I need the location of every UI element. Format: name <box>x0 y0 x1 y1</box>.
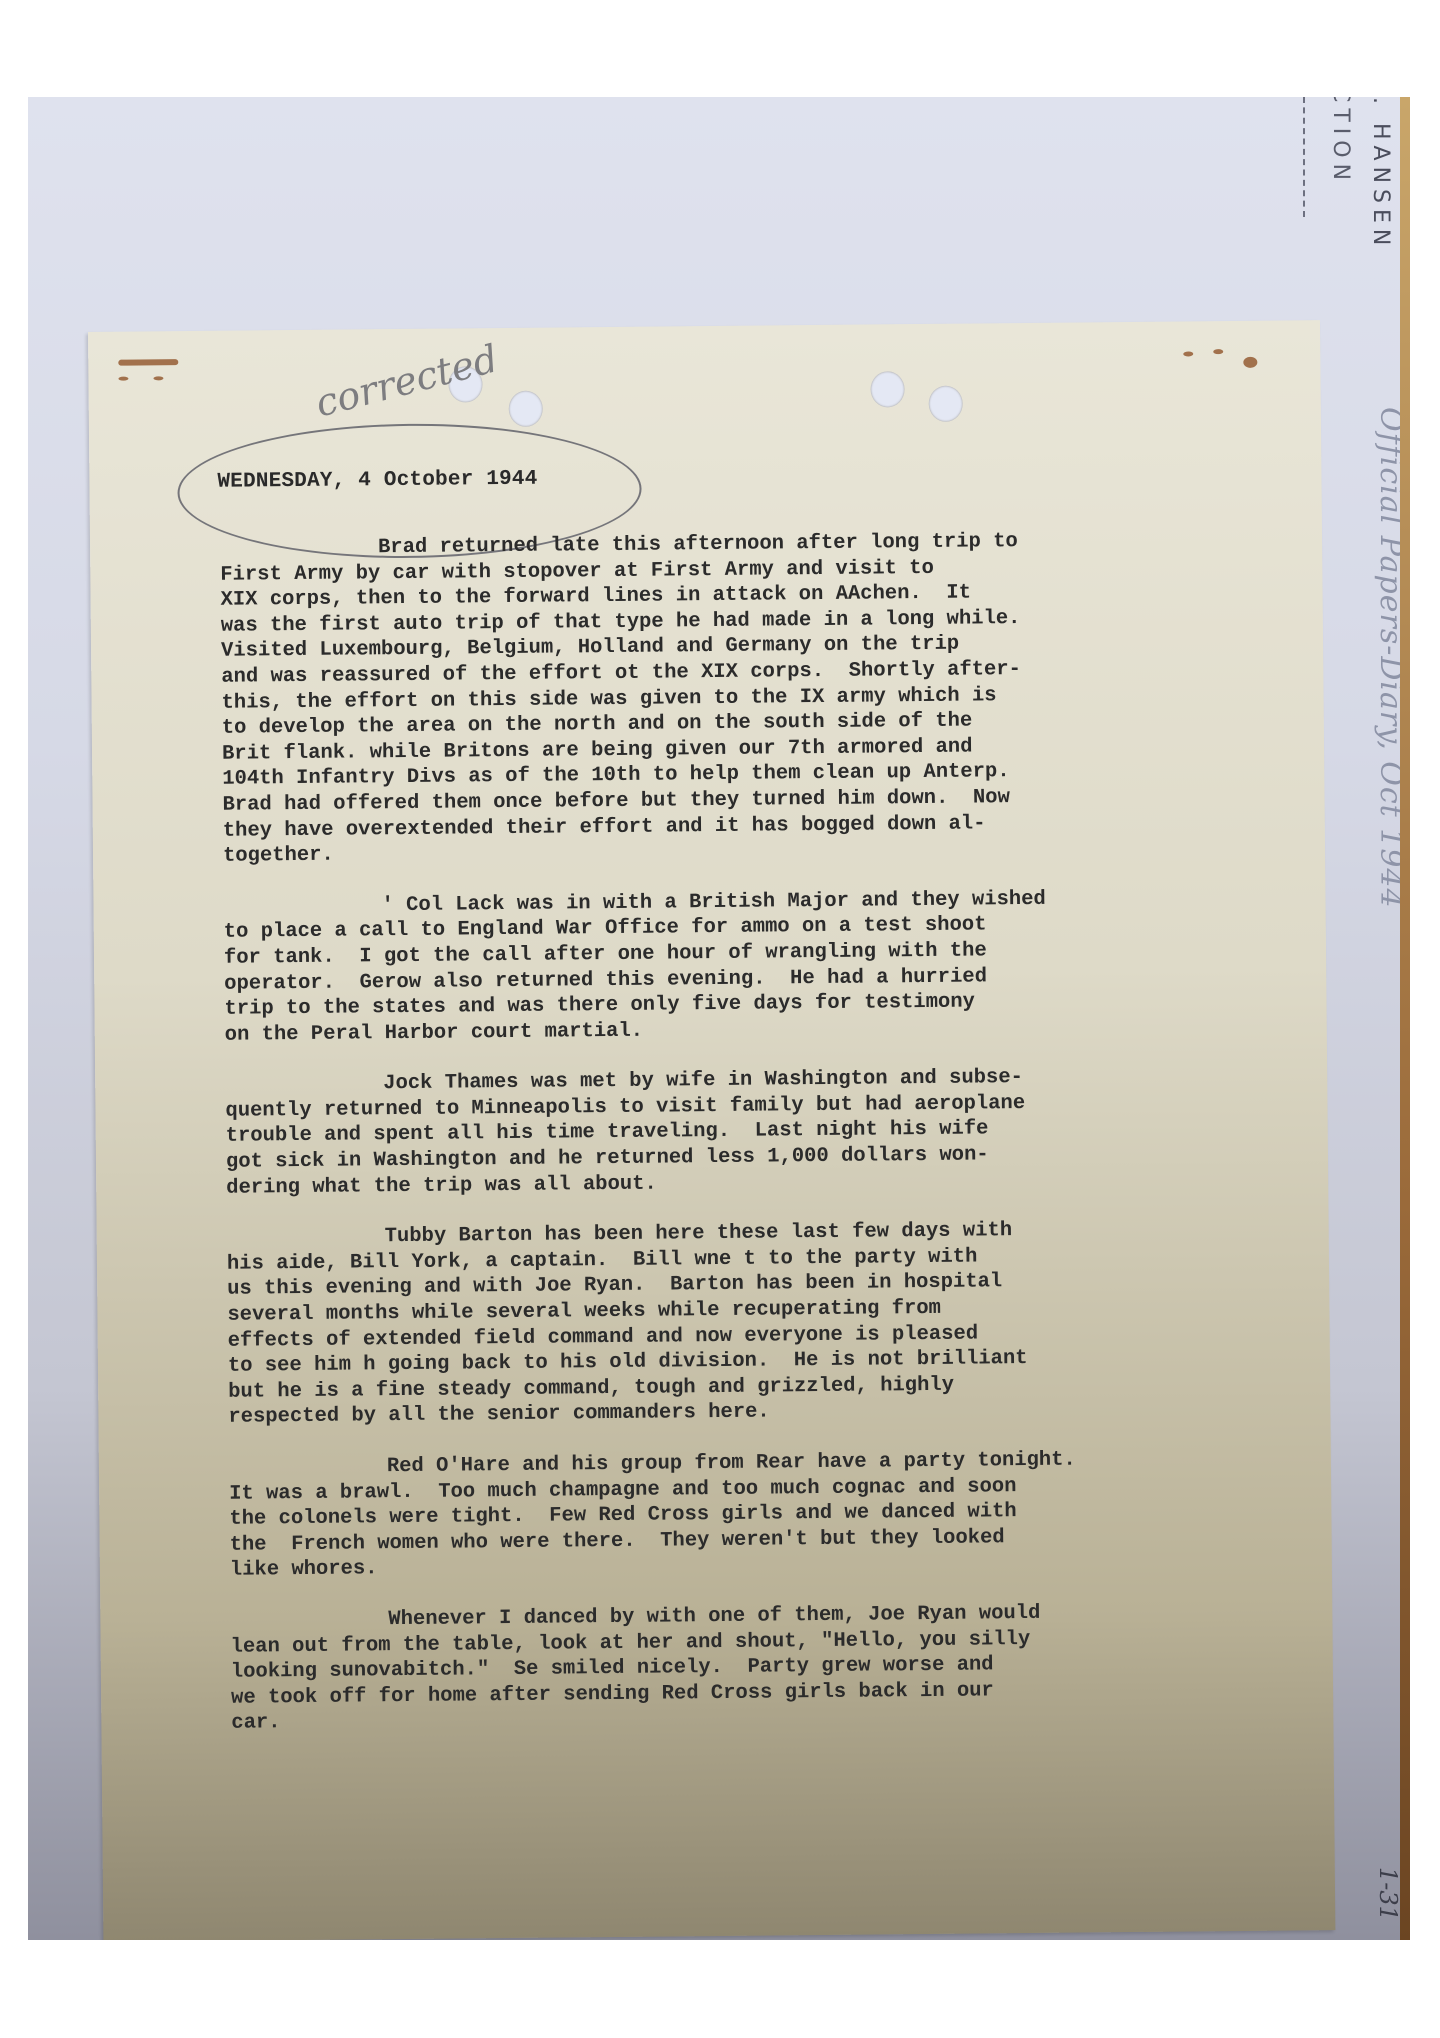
rust-stain <box>1213 349 1223 354</box>
diary-paragraph: Tubby Barton has been here these last fe… <box>227 1216 1289 1431</box>
diary-paragraph: Red O'Hare and his group from Rear have … <box>229 1446 1290 1584</box>
punch-hole <box>929 386 963 422</box>
diary-paragraph: Brad returned late this afternoon after … <box>220 527 1283 870</box>
rust-stain <box>1243 357 1257 368</box>
rust-stain <box>1183 351 1193 356</box>
punch-hole <box>509 391 543 427</box>
rust-stain <box>118 377 128 381</box>
folder-edge <box>1400 97 1410 1940</box>
diary-body: Brad returned late this afternoon after … <box>220 527 1292 1762</box>
diary-paragraph: Whenever I danced by with one of them, J… <box>230 1598 1291 1736</box>
typewritten-diary-page: corrected WEDNESDAY, 4 October 1944 Brad… <box>88 320 1335 1940</box>
collection-stamp-line-1: . HANSEN <box>1368 97 1393 251</box>
archival-folder: CTION . HANSEN Official Papers-Diary, Oc… <box>28 97 1410 1940</box>
folder-dashed-rule <box>1303 97 1307 217</box>
rust-stain <box>118 359 178 366</box>
date-heading: WEDNESDAY, 4 October 1944 <box>217 468 537 494</box>
folio-number: 1-31 <box>1374 1867 1402 1921</box>
pencil-annotation: corrected <box>311 336 502 425</box>
diary-paragraph: Jock Thames was met by wife in Washingto… <box>225 1063 1286 1201</box>
diary-paragraph: ' Col Lack was in with a British Major a… <box>223 884 1284 1048</box>
punch-hole <box>870 371 904 407</box>
collection-stamp-line-2: CTION <box>1328 97 1353 186</box>
rust-stain <box>153 376 163 380</box>
